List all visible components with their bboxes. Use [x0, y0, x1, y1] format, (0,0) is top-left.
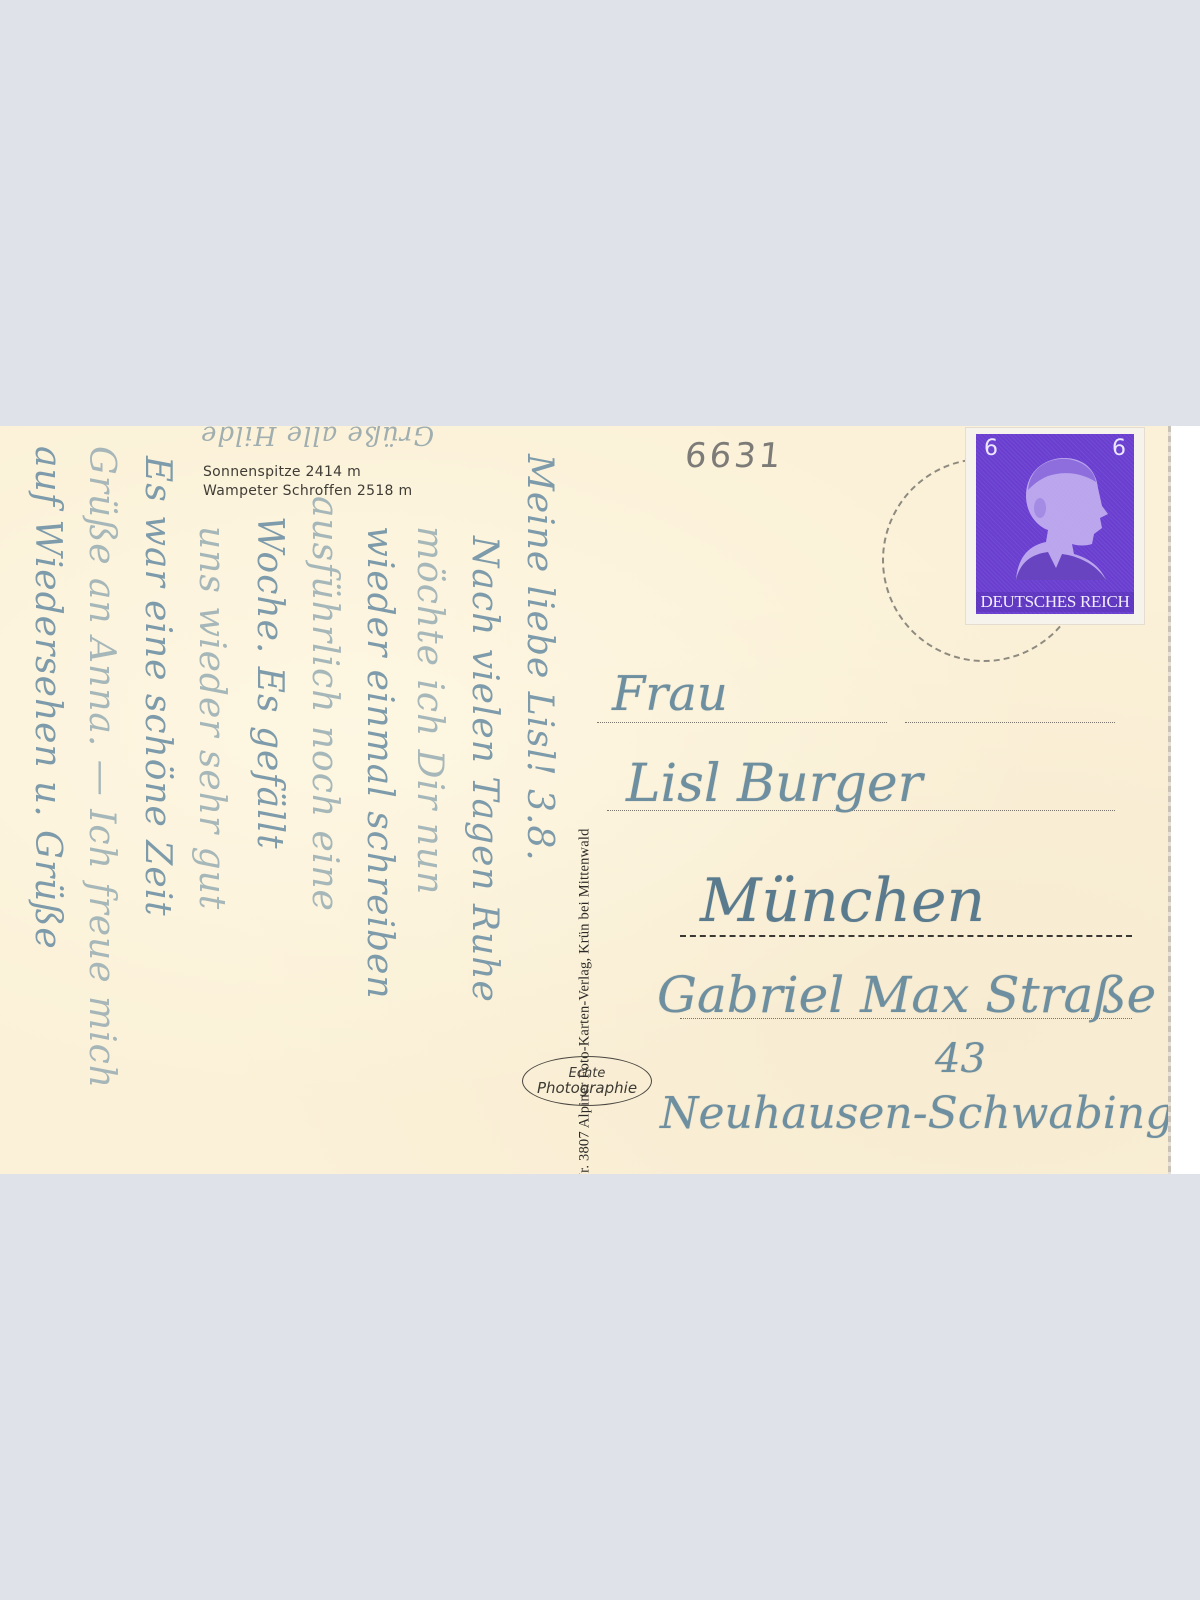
photo-mark-line2: Photographie	[537, 1081, 637, 1096]
caption-peak-2: Wampeter Schroffen 2518 m	[203, 483, 412, 499]
stamp-value-right: 6	[1112, 436, 1126, 461]
postcard-back: Grüße alle Hilde Meine liebe Lisl! 3.8. …	[0, 426, 1170, 1174]
stamp-label: DEUTSCHES REICH	[976, 592, 1134, 612]
address-street: Gabriel Max Straße	[657, 966, 1156, 1024]
archive-number: 6631	[683, 436, 786, 476]
postage-stamp: 6 6 DEUTSCHES REICH	[966, 428, 1144, 624]
message-line: Grüße an Anna. — Ich freue mich	[81, 446, 122, 1089]
message-top-margin: Grüße alle Hilde	[200, 426, 434, 450]
message-line: auf Wiedersehen u. Grüße	[27, 446, 68, 950]
message-line: Meine liebe Lisl! 3.8.	[519, 454, 560, 862]
message-line: möchte ich Dir nun	[409, 526, 450, 895]
address-salutation: Frau	[612, 666, 728, 722]
address-rule	[905, 722, 1115, 723]
caption-peak-1: Sonnenspitze 2414 m	[203, 464, 361, 480]
message-line: Woche. Es gefällt	[249, 516, 290, 850]
card-edge	[1168, 426, 1200, 1174]
publisher-imprint: Nr. 3807 Alpiner Foto-Karten-Verlag, Krü…	[577, 828, 594, 1174]
address-rule	[597, 722, 887, 723]
address-name: Lisl Burger	[626, 754, 923, 814]
message-line: wieder einmal schreiben	[359, 526, 400, 1000]
address-house-number: 43	[935, 1036, 986, 1082]
message-line: ausführlich noch eine	[304, 496, 345, 912]
message-line: uns wieder sehr gut	[191, 526, 232, 910]
message-line: Nach vielen Tagen Ruhe	[464, 536, 505, 1003]
echte-photographie-mark: Echte Photographie	[522, 1056, 652, 1106]
address-district: Neuhausen-Schwabing	[660, 1088, 1170, 1139]
message-line: Es war eine schöne Zeit	[137, 456, 178, 917]
address-city: München	[700, 866, 985, 936]
portrait-profile-icon	[996, 450, 1114, 588]
